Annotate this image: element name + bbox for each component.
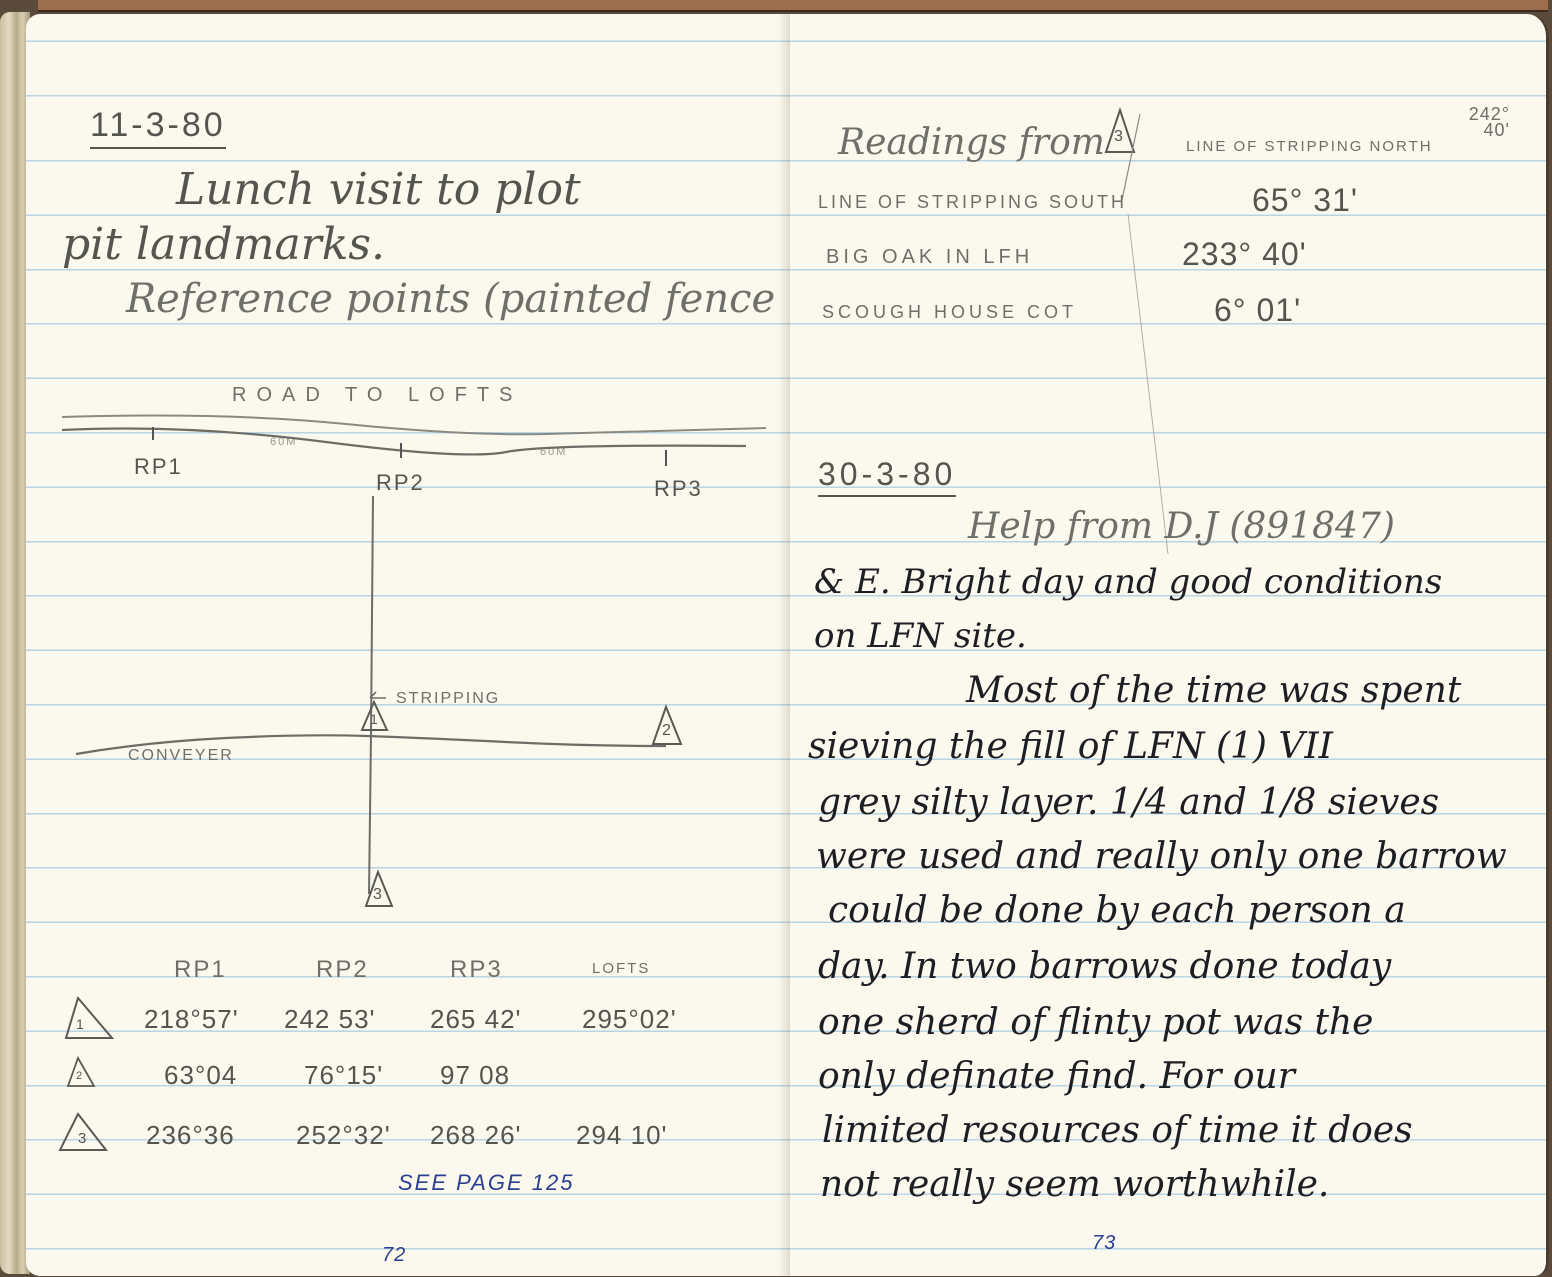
body-line: could be done by each person a <box>828 890 1406 931</box>
body-line: only definate find. For our <box>818 1056 1295 1097</box>
right-page: Readings from 3 LINE OF STRIPPING NORTH … <box>790 14 1549 1276</box>
left-page: 11-3-80 Lunch visit to plot pit landmark… <box>26 14 790 1276</box>
cell-2-rp3: 97 08 <box>440 1060 510 1091</box>
triangle-1-icon <box>66 998 112 1038</box>
row-station-1: 1 <box>76 1016 84 1032</box>
reading-value-stripping-south: 65° 31' <box>1252 182 1358 219</box>
cell-1-lofts: 295°02' <box>582 1004 677 1035</box>
cell-2-rp2: 76°15' <box>304 1060 383 1091</box>
body-line: day. In two barrows done today <box>818 946 1391 987</box>
body-line: grey silty layer. 1/4 and 1/8 sieves <box>818 782 1439 823</box>
entry-date-right: 30-3-80 <box>818 456 956 497</box>
reading-label-stripping-south: LINE OF STRIPPING SOUTH <box>818 192 1127 213</box>
cell-3-rp1: 236°36 <box>146 1120 235 1151</box>
body-line: Most of the time was spent <box>966 670 1461 711</box>
help-line: Help from D.J (891847) <box>968 506 1395 547</box>
readings-station-number: 3 <box>1114 128 1123 146</box>
body-line: sieving the fill of LFN (1) VII <box>808 726 1333 767</box>
reading-value-scough-house: 6° 01' <box>1214 292 1301 329</box>
body-line: on LFN site. <box>814 616 1027 656</box>
reading-value-big-oak: 233° 40' <box>1182 236 1307 273</box>
body-line: & E. Bright day and good conditions <box>814 562 1442 602</box>
cell-2-rp1: 63°04 <box>164 1060 237 1091</box>
cell-3-lofts: 294 10' <box>576 1120 668 1151</box>
cell-3-rp3: 268 26' <box>430 1120 522 1151</box>
cell-1-rp3: 265 42' <box>430 1004 522 1035</box>
body-line: one sherd of flinty pot was the <box>818 1002 1373 1043</box>
cross-reference-note: SEE PAGE 125 <box>398 1170 574 1196</box>
row-station-3: 3 <box>78 1130 86 1147</box>
readings-station-icon <box>790 14 1546 414</box>
reading-label-stripping-north: LINE OF STRIPPING NORTH <box>1186 138 1433 155</box>
row-station-2: 2 <box>76 1070 82 1082</box>
page-number-left: 72 <box>382 1244 406 1267</box>
page-number-right: 73 <box>1092 1232 1116 1255</box>
reading-label-scough-house: SCOUGH HOUSE COT <box>822 302 1077 323</box>
notebook-cover-edge <box>38 0 1548 12</box>
cell-1-rp2: 242 53' <box>284 1004 376 1035</box>
reading-value-stripping-north: 242° 40' <box>1450 106 1510 138</box>
body-line: limited resources of time it does <box>822 1110 1413 1151</box>
body-line: not really seem worthwhile. <box>820 1164 1329 1205</box>
cell-3-rp2: 252°32' <box>296 1120 391 1151</box>
body-line: were used and really only one barrow <box>816 836 1507 877</box>
cell-1-rp1: 218°57' <box>144 1004 239 1035</box>
reading-label-big-oak: BIG OAK IN LFH <box>826 246 1033 269</box>
